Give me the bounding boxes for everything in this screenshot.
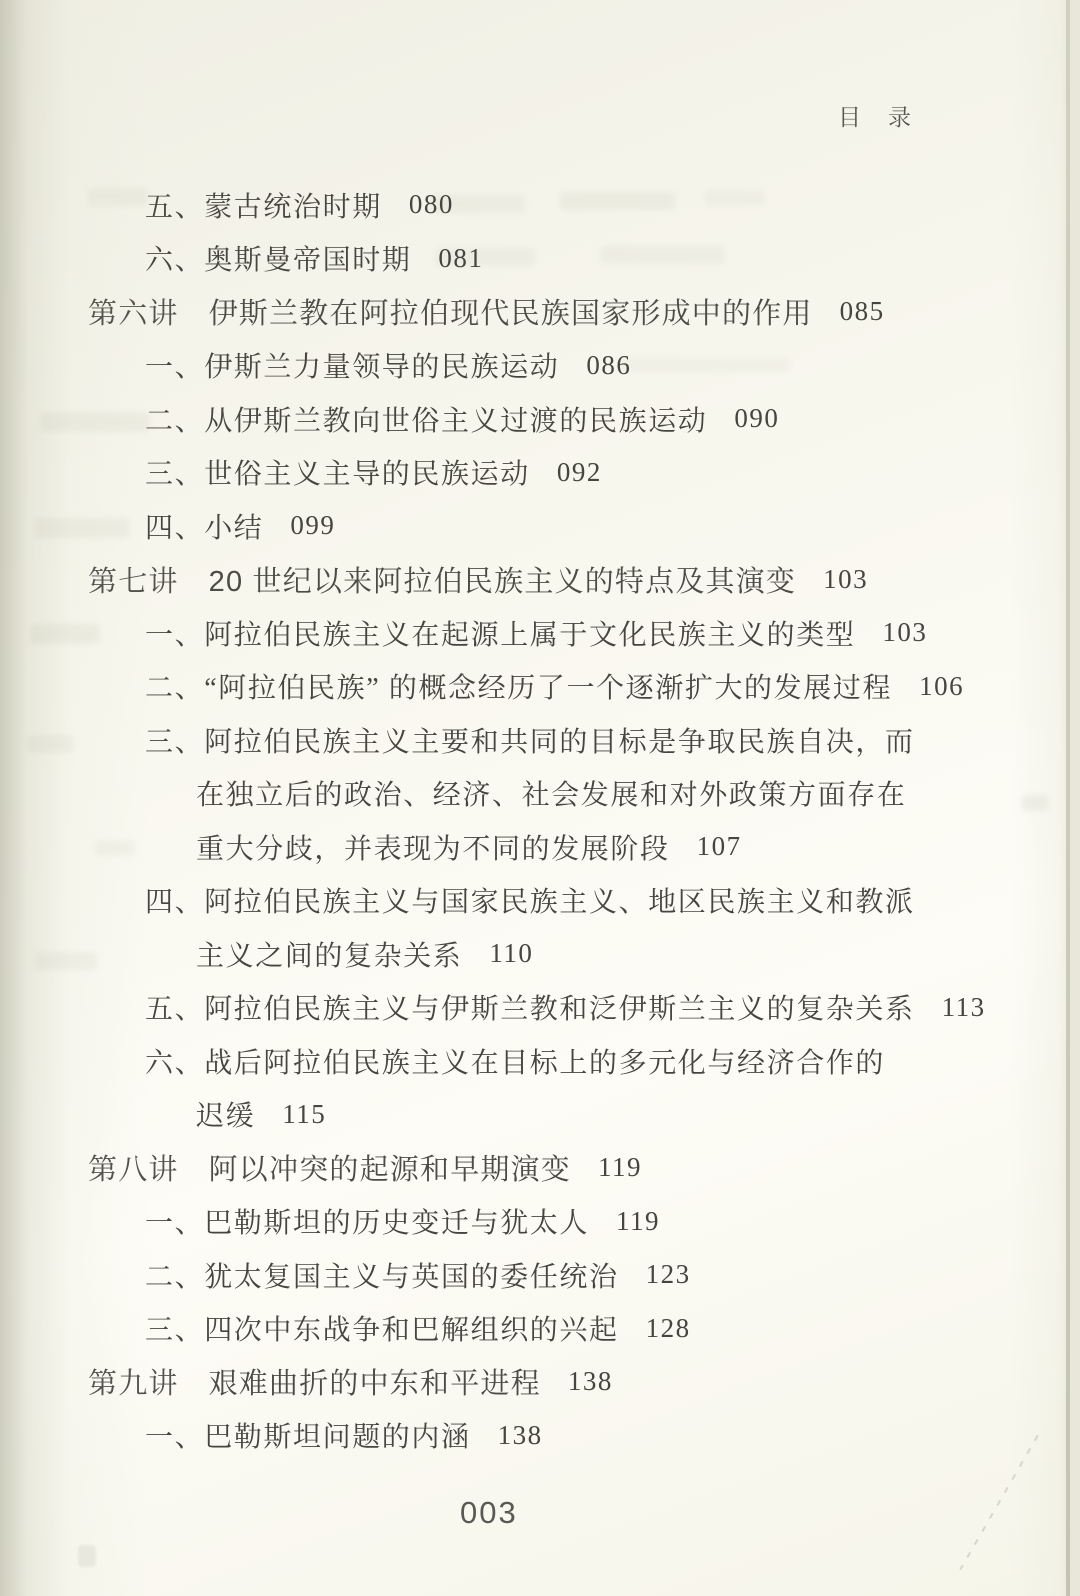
toc-entry-page: 138 xyxy=(498,1420,543,1451)
toc-entry-text: 二、犹太复国主义与英国的委任统治 xyxy=(145,1255,619,1295)
toc-entry-page: 115 xyxy=(282,1099,326,1130)
toc-entry-text: 一、伊斯兰力量领导的民族运动 xyxy=(145,345,559,385)
toc-entry-page: 107 xyxy=(697,831,742,862)
toc-entry-continuation: 主义之间的复杂关系110 xyxy=(0,927,1080,981)
toc-entry-page: 110 xyxy=(489,938,533,969)
toc-entry-page: 085 xyxy=(840,296,885,327)
toc-entry: 二、“阿拉伯民族” 的概念经历了一个逐渐扩大的发展过程106 xyxy=(0,660,1080,714)
toc-entry: 三、四次中东战争和巴解组织的兴起128 xyxy=(0,1302,1080,1356)
toc-entry-text: 二、从伊斯兰教向世俗主义过渡的民族运动 xyxy=(145,399,707,439)
toc-entry-page: 103 xyxy=(882,617,927,648)
toc-entry-page: 080 xyxy=(409,189,454,220)
scan-artifact xyxy=(78,1545,96,1567)
toc-entry: 六、奥斯曼帝国时期081 xyxy=(0,232,1080,286)
toc-chapter-label: 第九讲 xyxy=(88,1361,179,1402)
toc-entry-text: 重大分歧，并表现为不同的发展阶段 xyxy=(196,827,670,867)
toc-entry-page: 106 xyxy=(919,671,964,702)
toc-entry-page: 119 xyxy=(616,1206,660,1237)
toc-entry-text: 一、巴勒斯坦的历史变迁与犹太人 xyxy=(145,1201,589,1241)
toc-entry-page: 123 xyxy=(646,1259,691,1290)
toc-entry: 二、犹太复国主义与英国的委任统治123 xyxy=(0,1248,1080,1302)
toc-entry-page: 138 xyxy=(568,1366,613,1397)
toc-entry-page: 086 xyxy=(586,350,631,381)
toc-entry-page: 092 xyxy=(557,457,602,488)
toc-chapter-label: 第七讲 xyxy=(88,559,179,600)
toc-entry: 二、从伊斯兰教向世俗主义过渡的民族运动090 xyxy=(0,392,1080,446)
toc-entry: 四、阿拉伯民族主义与国家民族主义、地区民族主义和教派 xyxy=(0,874,1080,928)
toc-entry-text: 二、“阿拉伯民族” 的概念经历了一个逐渐扩大的发展过程 xyxy=(145,666,892,706)
toc-entry-text: 六、战后阿拉伯民族主义在目标上的多元化与经济合作的 xyxy=(145,1041,885,1081)
toc-entry-text: 六、奥斯曼帝国时期 xyxy=(145,238,411,278)
toc-entry: 四、小结099 xyxy=(0,499,1080,553)
toc-entry-page: 099 xyxy=(290,510,335,541)
toc-chapter-title: 阿以冲突的起源和早期演变 xyxy=(209,1147,571,1188)
toc-entry: 一、巴勒斯坦的历史变迁与犹太人119 xyxy=(0,1195,1080,1249)
toc-entry-page: 128 xyxy=(646,1313,691,1344)
toc-entry-text: 三、四次中东战争和巴解组织的兴起 xyxy=(145,1308,619,1348)
toc-entry-continuation: 在独立后的政治、经济、社会发展和对外政策方面存在 xyxy=(0,767,1080,821)
toc-entry-page: 081 xyxy=(438,243,483,274)
toc-chapter: 第八讲阿以冲突的起源和早期演变119 xyxy=(0,1141,1080,1195)
toc-entry-text: 四、阿拉伯民族主义与国家民族主义、地区民族主义和教派 xyxy=(145,880,915,920)
toc-entry-text: 一、巴勒斯坦问题的内涵 xyxy=(145,1415,471,1455)
toc-entry-text: 三、世俗主义主导的民族运动 xyxy=(145,452,530,492)
toc-entry-continuation: 重大分歧，并表现为不同的发展阶段107 xyxy=(0,820,1080,874)
page-title: 目 录 xyxy=(838,99,913,132)
toc-entry-page: 103 xyxy=(823,564,868,595)
toc-chapter: 第九讲艰难曲折的中东和平进程138 xyxy=(0,1355,1080,1409)
toc-entry-text: 在独立后的政治、经济、社会发展和对外政策方面存在 xyxy=(196,773,906,813)
toc-chapter-title: 伊斯兰教在阿拉伯现代民族国家形成中的作用 xyxy=(209,291,813,332)
page-number: 003 xyxy=(460,1495,518,1531)
toc-entry-page: 119 xyxy=(598,1152,642,1183)
toc-entry: 三、阿拉伯民族主义主要和共同的目标是争取民族自决，而 xyxy=(0,713,1080,767)
table-of-contents: 五、蒙古统治时期080 六、奥斯曼帝国时期081 第六讲伊斯兰教在阿拉伯现代民族… xyxy=(0,178,1080,1462)
toc-chapter-label: 第八讲 xyxy=(88,1147,179,1188)
toc-entry: 五、阿拉伯民族主义与伊斯兰教和泛伊斯兰主义的复杂关系113 xyxy=(0,981,1080,1035)
toc-entry-text: 五、蒙古统治时期 xyxy=(145,185,382,225)
toc-entry: 一、巴勒斯坦问题的内涵138 xyxy=(0,1409,1080,1463)
toc-entry: 六、战后阿拉伯民族主义在目标上的多元化与经济合作的 xyxy=(0,1034,1080,1088)
toc-entry-text: 三、阿拉伯民族主义主要和共同的目标是争取民族自决，而 xyxy=(145,720,915,760)
toc-chapter: 第七讲20 世纪以来阿拉伯民族主义的特点及其演变103 xyxy=(0,553,1080,607)
toc-chapter-title: 艰难曲折的中东和平进程 xyxy=(209,1361,541,1402)
toc-entry-continuation: 迟缓115 xyxy=(0,1088,1080,1142)
toc-entry: 一、伊斯兰力量领导的民族运动086 xyxy=(0,339,1080,393)
toc-entry-text: 四、小结 xyxy=(145,506,263,546)
toc-chapter-title: 20 世纪以来阿拉伯民族主义的特点及其演变 xyxy=(209,559,797,600)
toc-entry-page: 113 xyxy=(942,992,986,1023)
toc-chapter-label: 第六讲 xyxy=(88,291,179,332)
toc-entry-text: 主义之间的复杂关系 xyxy=(196,934,462,974)
toc-entry: 五、蒙古统治时期080 xyxy=(0,178,1080,232)
toc-entry-text: 一、阿拉伯民族主义在起源上属于文化民族主义的类型 xyxy=(145,613,855,653)
toc-chapter: 第六讲伊斯兰教在阿拉伯现代民族国家形成中的作用085 xyxy=(0,285,1080,339)
toc-entry-page: 090 xyxy=(734,403,779,434)
toc-entry: 三、世俗主义主导的民族运动092 xyxy=(0,446,1080,500)
toc-entry: 一、阿拉伯民族主义在起源上属于文化民族主义的类型103 xyxy=(0,606,1080,660)
toc-entry-text: 五、阿拉伯民族主义与伊斯兰教和泛伊斯兰主义的复杂关系 xyxy=(145,987,915,1027)
toc-entry-text: 迟缓 xyxy=(196,1094,255,1134)
